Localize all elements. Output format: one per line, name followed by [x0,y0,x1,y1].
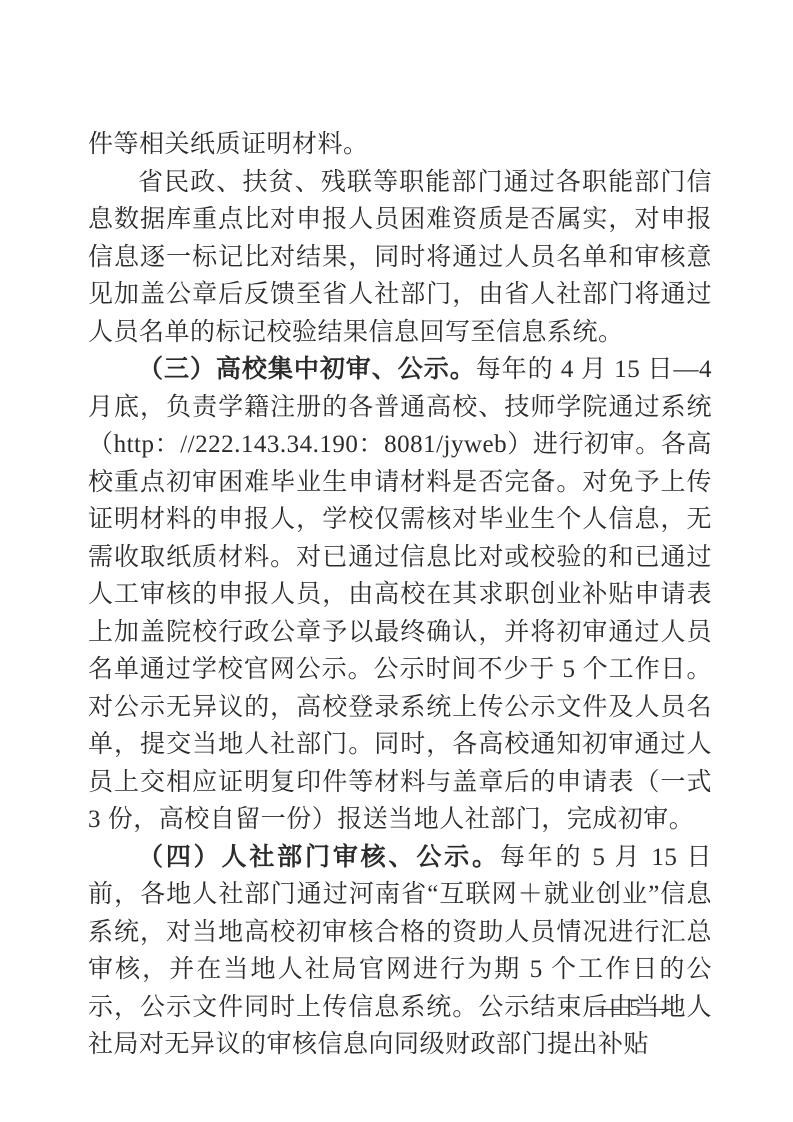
section-4-heading: （四）人社部门审核、公示。 [138,844,500,871]
paragraph-text: 每年的 5 月 15 日前，各地人社部门通过河南省“互联网＋就业创业”信息系统，… [88,844,712,1059]
document-page: 件等相关纸质证明材料。 省民政、扶贫、残联等职能部门通过各职能部门信息数据库重点… [0,0,793,1122]
paragraph-text: 每年的 4 月 15 日—4 月底，负责学籍注册的各普通高校、技师学院通过系统（… [88,356,712,833]
paragraph-department-check: 省民政、扶贫、残联等职能部门通过各职能部门信息数据库重点比对申报人员困难资质是否… [88,164,712,352]
paragraph-continuation: 件等相关纸质证明材料。 [88,126,712,164]
document-body: 件等相关纸质证明材料。 省民政、扶贫、残联等职能部门通过各职能部门信息数据库重点… [88,126,712,1064]
section-3-heading: （三）高校集中初审、公示。 [138,356,476,383]
paragraph-text: 省民政、扶贫、残联等职能部门通过各职能部门信息数据库重点比对申报人员困难资质是否… [88,169,712,346]
page-number: — 5 — [560,995,712,1021]
paragraph-text: 件等相关纸质证明材料。 [88,131,369,158]
paragraph-section-4: （四）人社部门审核、公示。每年的 5 月 15 日前，各地人社部门通过河南省“互… [88,839,712,1064]
paragraph-section-3: （三）高校集中初审、公示。每年的 4 月 15 日—4 月底，负责学籍注册的各普… [88,351,712,839]
